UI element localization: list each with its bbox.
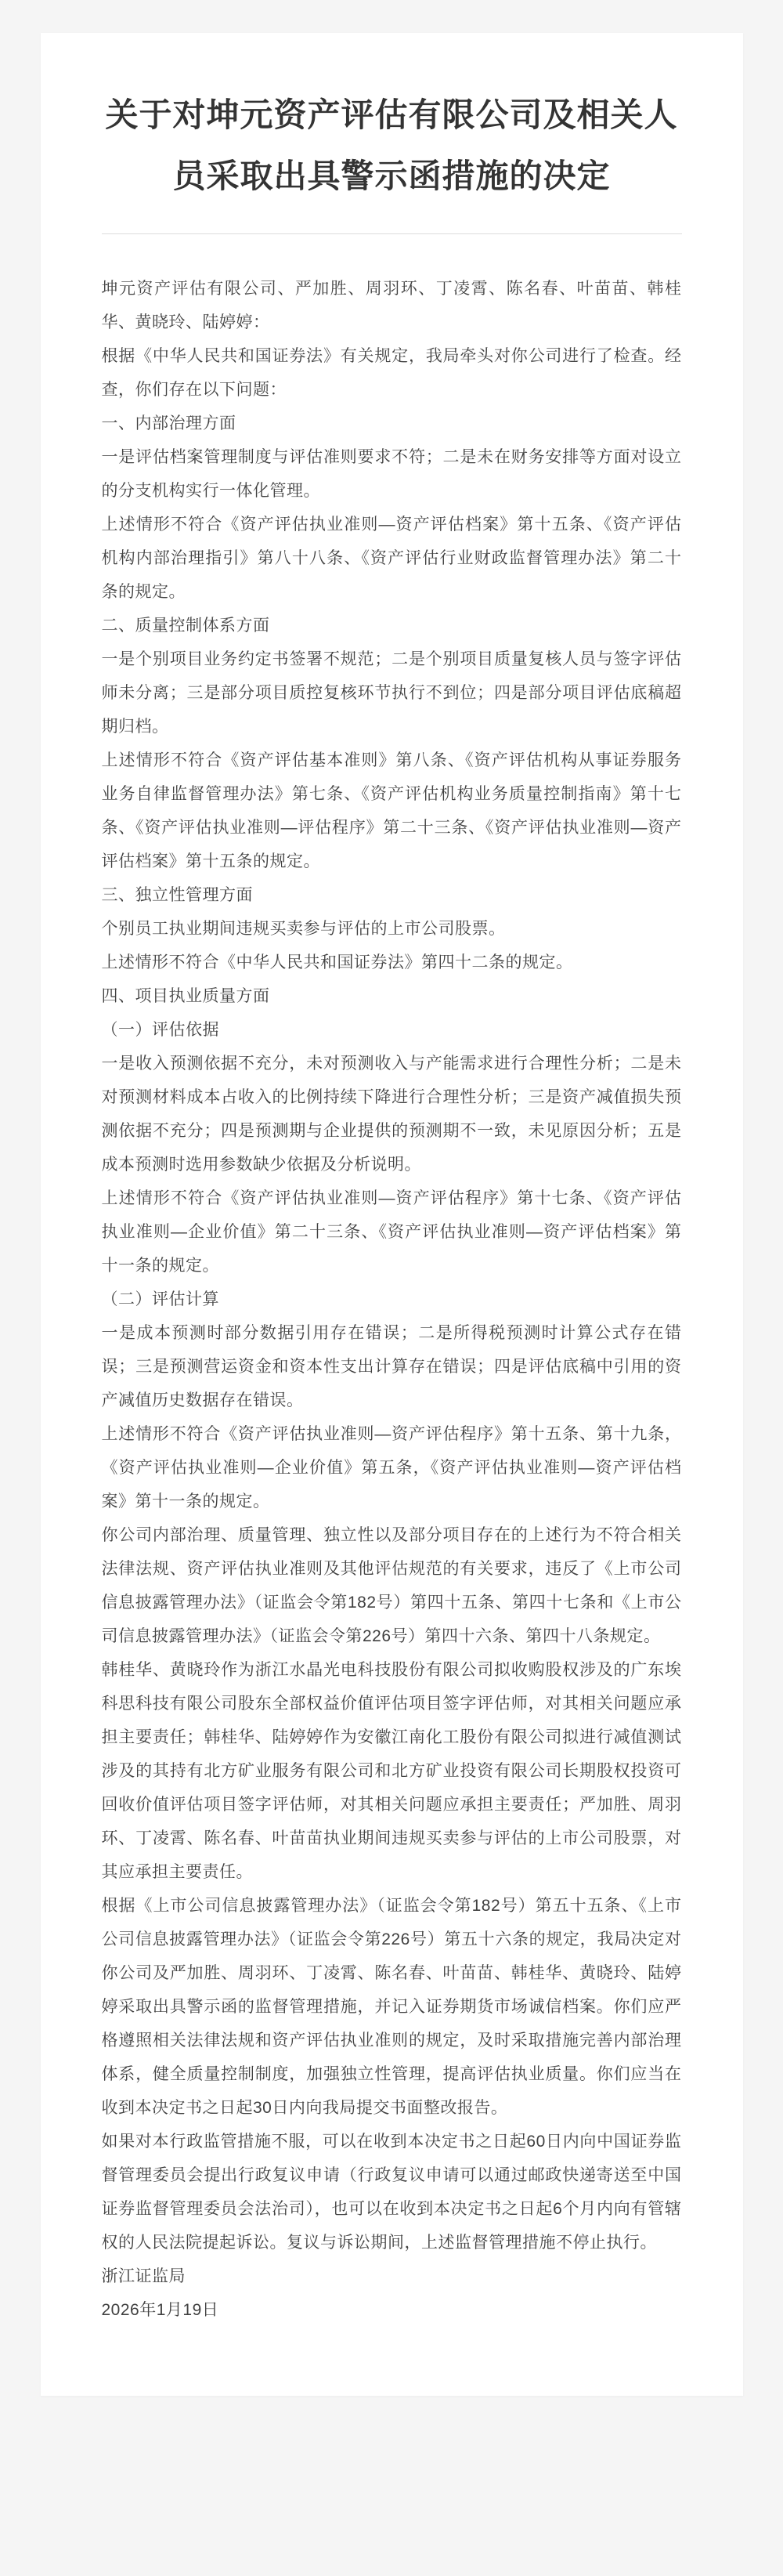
section-4-2-violations: 上述情形不符合《资产评估执业准则—资产评估程序》第十五条、第十九条，《资产评估执… <box>102 1417 682 1518</box>
section-3-heading: 三、独立性管理方面 <box>102 878 682 912</box>
decision-paragraph: 根据《上市公司信息披露管理办法》（证监会令第182号）第五十五条、《上市公司信息… <box>102 1889 682 2125</box>
section-2-heading: 二、质量控制体系方面 <box>102 609 682 642</box>
section-1-heading: 一、内部治理方面 <box>102 407 682 440</box>
section-2-violations: 上述情形不符合《资产评估基本准则》第八条、《资产评估机构从事证券服务业务自律监督… <box>102 743 682 878</box>
page-background: 关于对坤元资产评估有限公司及相关人员采取出具警示函措施的决定 坤元资产评估有限公… <box>0 0 783 2576</box>
conclusion-violations: 你公司内部治理、质量管理、独立性以及部分项目存在的上述行为不符合相关法律法规、资… <box>102 1518 682 1653</box>
document-card: 关于对坤元资产评估有限公司及相关人员采取出具警示函措施的决定 坤元资产评估有限公… <box>41 33 743 2396</box>
date-line: 2026年1月19日 <box>102 2293 682 2327</box>
document-body: 坤元资产评估有限公司、严加胜、周羽环、丁凌霄、陈名春、叶苗苗、韩桂华、黄晓玲、陆… <box>102 272 682 2327</box>
section-1-violations: 上述情形不符合《资产评估执业准则—资产评估档案》第十五条、《资产评估机构内部治理… <box>102 508 682 609</box>
section-3-findings: 个别员工执业期间违规买卖参与评估的上市公司股票。 <box>102 912 682 946</box>
intro-paragraph: 根据《中华人民共和国证券法》有关规定，我局牵头对你公司进行了检查。经查，你们存在… <box>102 339 682 407</box>
signature-line: 浙江证监局 <box>102 2259 682 2293</box>
section-3-violations: 上述情形不符合《中华人民共和国证券法》第四十二条的规定。 <box>102 946 682 979</box>
section-1-findings: 一是评估档案管理制度与评估准则要求不符；二是未在财务安排等方面对设立的分支机构实… <box>102 440 682 508</box>
page-title: 关于对坤元资产评估有限公司及相关人员采取出具警示函措施的决定 <box>102 85 682 207</box>
responsibility-paragraph: 韩桂华、黄晓玲作为浙江水晶光电科技股份有限公司拟收购股权涉及的广东埃科思科技有限… <box>102 1653 682 1889</box>
recipients-line: 坤元资产评估有限公司、严加胜、周羽环、丁凌霄、陈名春、叶苗苗、韩桂华、黄晓玲、陆… <box>102 272 682 339</box>
section-4-1-violations: 上述情形不符合《资产评估执业准则—资产评估程序》第十七条、《资产评估执业准则—企… <box>102 1181 682 1283</box>
appeal-paragraph: 如果对本行政监管措施不服，可以在收到本决定书之日起60日内向中国证券监督管理委员… <box>102 2125 682 2259</box>
section-2-findings: 一是个别项目业务约定书签署不规范；二是个别项目质量复核人员与签字评估师未分离；三… <box>102 642 682 743</box>
section-4-heading: 四、项目执业质量方面 <box>102 979 682 1013</box>
section-4-1-findings: 一是收入预测依据不充分，未对预测收入与产能需求进行合理性分析；二是未对预测材料成… <box>102 1047 682 1181</box>
section-4-2-heading: （二）评估计算 <box>102 1283 682 1316</box>
title-divider <box>102 233 682 234</box>
section-4-1-heading: （一）评估依据 <box>102 1013 682 1047</box>
section-4-2-findings: 一是成本预测时部分数据引用存在错误；二是所得税预测时计算公式存在错误；三是预测营… <box>102 1316 682 1417</box>
